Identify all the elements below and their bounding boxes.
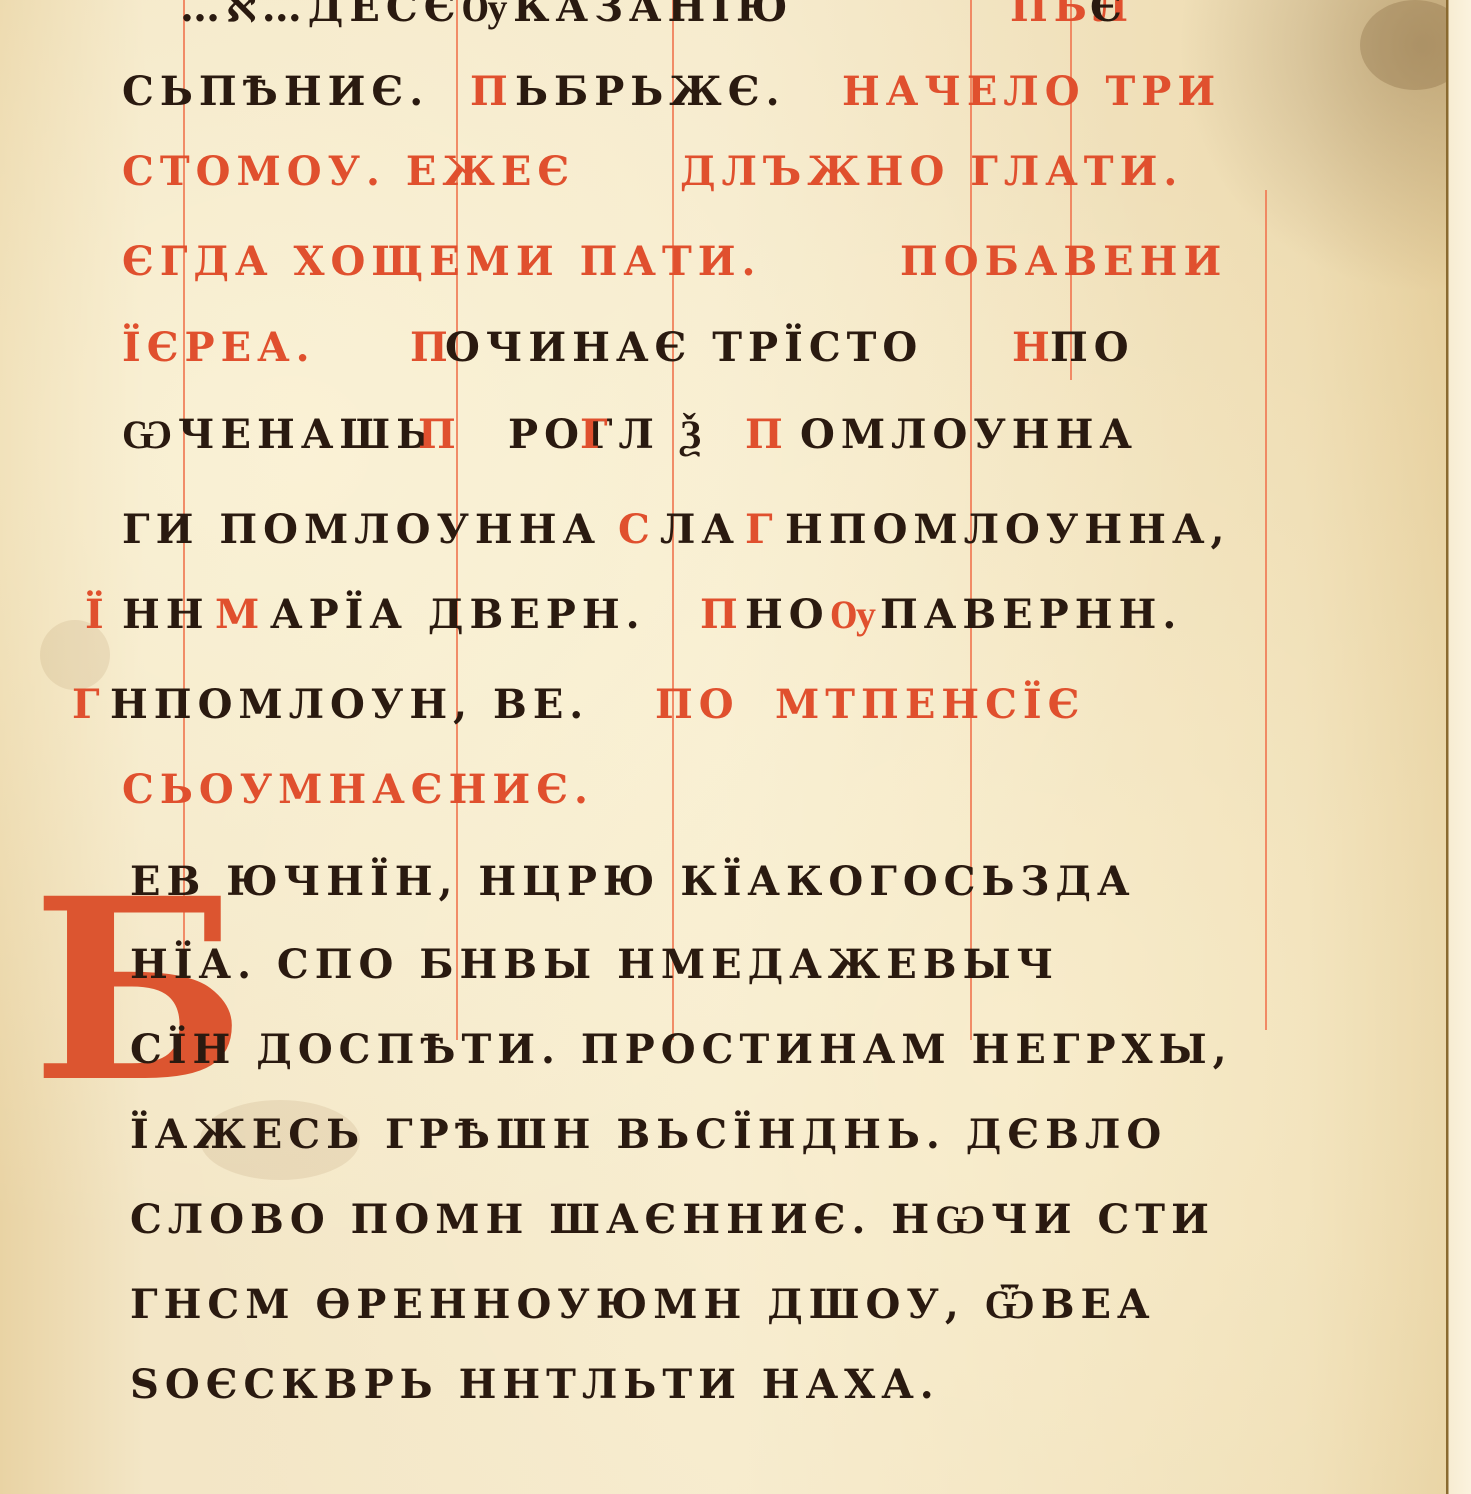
body-text: СЇН ДОСПѢТИ. ПРОСТИНАМ НЕГРХЫ, [130, 1020, 1233, 1080]
rubric-text: СТОМОУ. ЕЖЕЄ [122, 142, 575, 202]
body-text: ЬБРЬЖЄ. [515, 62, 786, 122]
rubric-text: ЄГДА ХОЩЕМИ ПАТИ. [122, 232, 761, 292]
rubric-text: НАЧЕЛО ТРИ [842, 62, 1221, 122]
body-text: НПОМЛОУННА, [785, 500, 1230, 560]
rubric-text: Г [580, 405, 614, 465]
body-text: НН [122, 585, 210, 645]
body-text: НЇА. СПО БНВЫ НМЕДАЖЕВЫЧ [130, 935, 1059, 995]
body-text: НПОМЛОУН, ВЕ. [110, 675, 589, 735]
rubric-text: П [418, 405, 462, 465]
rubric-text: Ѹ [830, 585, 882, 645]
page-edge [1446, 0, 1471, 1494]
rubric-text: ДЛЪЖНО ГЛАТИ. [680, 142, 1183, 202]
rubric-text: Г [72, 675, 106, 735]
body-text: Ѯ [680, 405, 707, 465]
rubric-text: П [470, 62, 514, 122]
rubric-text: МТПЕНСЇЄ [775, 675, 1085, 735]
body-text: ЇАЖЕСЬ ГРѢШН ВЬСЇНДНЬ. ДЄВЛО [130, 1105, 1167, 1165]
rubric-text: ПОБАВЕНИ [900, 232, 1227, 292]
rubric-text: Ї [85, 585, 110, 645]
body-text: ЅОЄСКВРЬ ННТЛЬТИ НАХА. [130, 1355, 940, 1415]
body-text: ГИ ПОМЛОУННА [122, 500, 601, 560]
ruling-line [1265, 190, 1267, 1030]
body-text: Є [1090, 0, 1128, 38]
body-text: ПО [1050, 318, 1135, 378]
body-text: АРЇА ДВЕРН. [270, 585, 646, 645]
manuscript-folio: Б …ℵ…ДЕСЄѸКАЗАНЇЮПЬЛЄСЬПѢНИЄ.ПЬБРЬЖЄ.НАЧ… [0, 0, 1450, 1494]
body-text: ПАВЕРНН. [880, 585, 1182, 645]
decorated-initial-be: Б [32, 855, 142, 1125]
body-text: ЕВ ЮЧНЇН, НЦРЮ КЇАКОГОСЬЗДА [130, 852, 1136, 912]
body-text: СЛОВО ПОМН ШАЄННИЄ. НѠЧИ СТИ [130, 1190, 1215, 1250]
rubric-text: СЬОУМНАЄНИЄ. [122, 760, 594, 820]
rubric-text: М [215, 585, 265, 645]
rubric-text: П [700, 585, 744, 645]
rubric-text: ЇЄРЕА. [122, 318, 316, 378]
rubric-text: ПО [655, 675, 740, 735]
body-text: ОМЛОУННА [800, 405, 1138, 465]
body-text: ГНСМ ѲРЕННОУЮМН ДШОУ, ѾВЕА [130, 1275, 1156, 1335]
body-text: ѠЧЕНАШЬ [122, 405, 435, 465]
rubric-text: С [618, 500, 656, 560]
body-text: ОЧИНАЄ ТРЇСТО [445, 318, 923, 378]
body-text: …ℵ…ДЕСЄѸКАЗАНЇЮ [180, 0, 793, 38]
body-text: СЬПѢНИЄ. [122, 62, 429, 122]
body-text: НО [745, 585, 830, 645]
body-text: ЛА [660, 500, 740, 560]
rubric-text: П [745, 405, 789, 465]
rubric-text: Г [745, 500, 779, 560]
